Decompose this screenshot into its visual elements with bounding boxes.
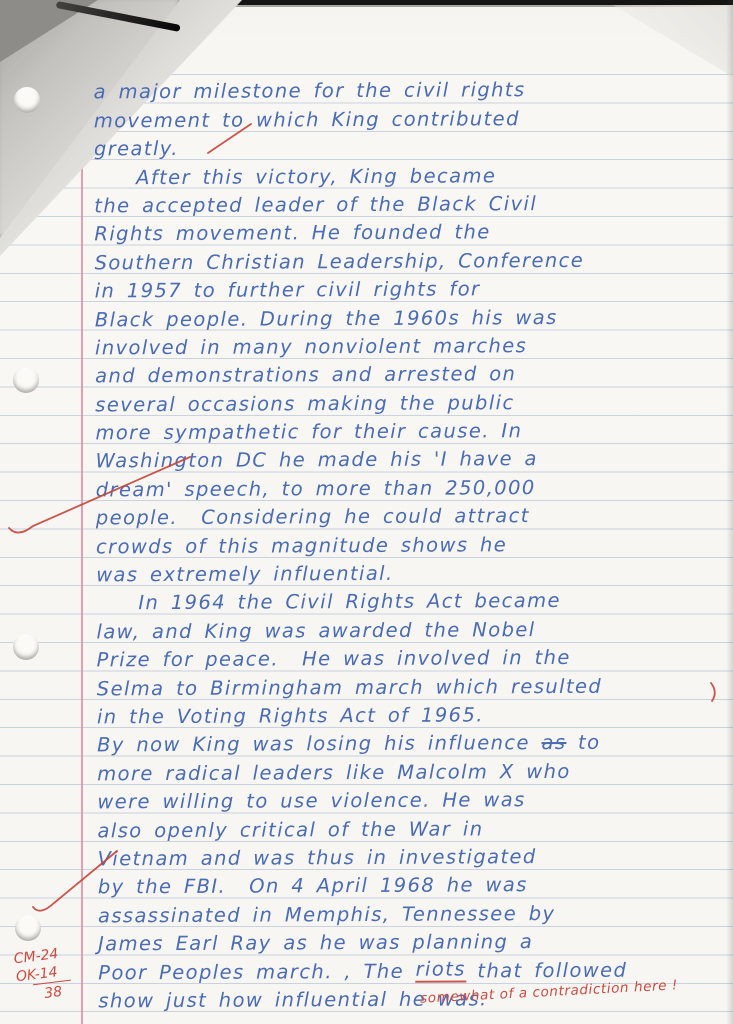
handwriting-line: in the Voting Rights Act of 1965. bbox=[1, 697, 728, 729]
handwriting-line: After this victory, King became bbox=[0, 157, 725, 189]
handwriting-line: Vietnam and was thus in investigated bbox=[2, 839, 729, 871]
handwriting-line: were willing to use violence. He was bbox=[1, 782, 728, 814]
handwriting-line: In 1964 the Civil Rights Act became bbox=[0, 583, 727, 615]
handwriting-line: a major milestone for the civil rights bbox=[0, 72, 725, 104]
handwriting-line: Selma to Birmingham march which resulted bbox=[1, 668, 728, 700]
handwriting-line: several occasions making the public bbox=[0, 384, 726, 416]
handwriting-line: Black people. During the 1960s his was bbox=[0, 299, 726, 331]
essay-text: a major milestone for the civil rightsmo… bbox=[0, 72, 729, 1013]
handwriting-line: greatly. bbox=[0, 129, 725, 161]
line-fragment: By now King was losing his influence bbox=[97, 731, 542, 756]
handwriting-line: assassinated in Memphis, Tennessee by bbox=[2, 895, 729, 927]
handwriting-line: crowds of this magnitude shows he bbox=[0, 526, 727, 558]
handwriting-line: dream' speech, to more than 250,000 bbox=[0, 470, 727, 502]
top-right-crease bbox=[613, 5, 733, 77]
handwriting-line: was extremely influential. bbox=[0, 555, 727, 587]
scanned-page: a major milestone for the civil rightsmo… bbox=[0, 0, 733, 1024]
handwriting-line: more sympathetic for their cause. In bbox=[0, 413, 726, 445]
handwriting-line: involved in many nonviolent marches bbox=[0, 328, 726, 360]
handwriting-line: law, and King was awarded the Nobel bbox=[0, 612, 727, 644]
handwriting-line: also openly critical of the War in bbox=[1, 810, 728, 842]
handwriting-line: James Earl Ray as he was planning a bbox=[2, 924, 729, 956]
handwriting-line: Southern Christian Leadership, Conferenc… bbox=[0, 242, 726, 274]
handwriting-line: movement to which King contributed bbox=[0, 100, 725, 132]
line-fragment: Poor Peoples march. , The bbox=[98, 959, 415, 984]
grade-note: CM-24 OK-14 38 bbox=[13, 944, 73, 1006]
line-fragment: to bbox=[566, 731, 600, 754]
handwriting-line: Rights movement. He founded the bbox=[0, 214, 725, 246]
underlined-red-word: riots bbox=[416, 957, 466, 982]
handwriting-line: and demonstrations and arrested on bbox=[0, 356, 726, 388]
struck-word: as bbox=[541, 731, 566, 754]
handwriting-line: By now King was losing his influence as … bbox=[1, 725, 728, 757]
handwriting-line: more radical leaders like Malcolm X who bbox=[1, 753, 728, 785]
line-fragment: that followed bbox=[466, 958, 628, 982]
handwriting-line: Prize for peace. He was involved in the bbox=[1, 640, 728, 672]
handwriting-line: the accepted leader of the Black Civil bbox=[0, 186, 725, 218]
handwriting-line: by the FBI. On 4 April 1968 he was bbox=[2, 867, 729, 899]
handwriting-line: in 1957 to further civil rights for bbox=[0, 271, 726, 303]
handwriting-line: people. Considering he could attract bbox=[0, 498, 727, 530]
handwriting-line: Washington DC he made his 'I have a bbox=[0, 441, 727, 473]
